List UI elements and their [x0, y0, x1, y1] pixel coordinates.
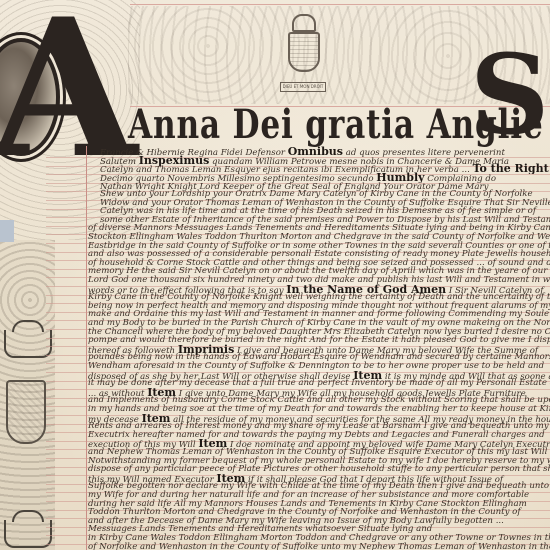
text-line: of Norfolke and Wenhaston in the County …	[46, 542, 550, 550]
top-border-rule	[130, 4, 550, 5]
document-body: Francie & Hibernie Regina Fidei Defensor…	[46, 146, 550, 550]
crown-icon	[4, 330, 52, 358]
blue-ornament	[0, 220, 14, 242]
document-heading: Anna Dei gratia Anglie	[128, 104, 463, 146]
shield-icon	[288, 32, 320, 72]
heading-trailing-letter: S	[470, 40, 549, 150]
royal-coat-of-arms: DIEU ET MON DROIT	[276, 8, 328, 94]
shield-icon	[6, 380, 46, 444]
crown-icon	[292, 14, 316, 32]
line-text: of Norfolke and Wenhaston in the County …	[88, 542, 550, 550]
arms-motto: DIEU ET MON DROIT	[280, 82, 326, 92]
crown-icon	[4, 520, 52, 548]
